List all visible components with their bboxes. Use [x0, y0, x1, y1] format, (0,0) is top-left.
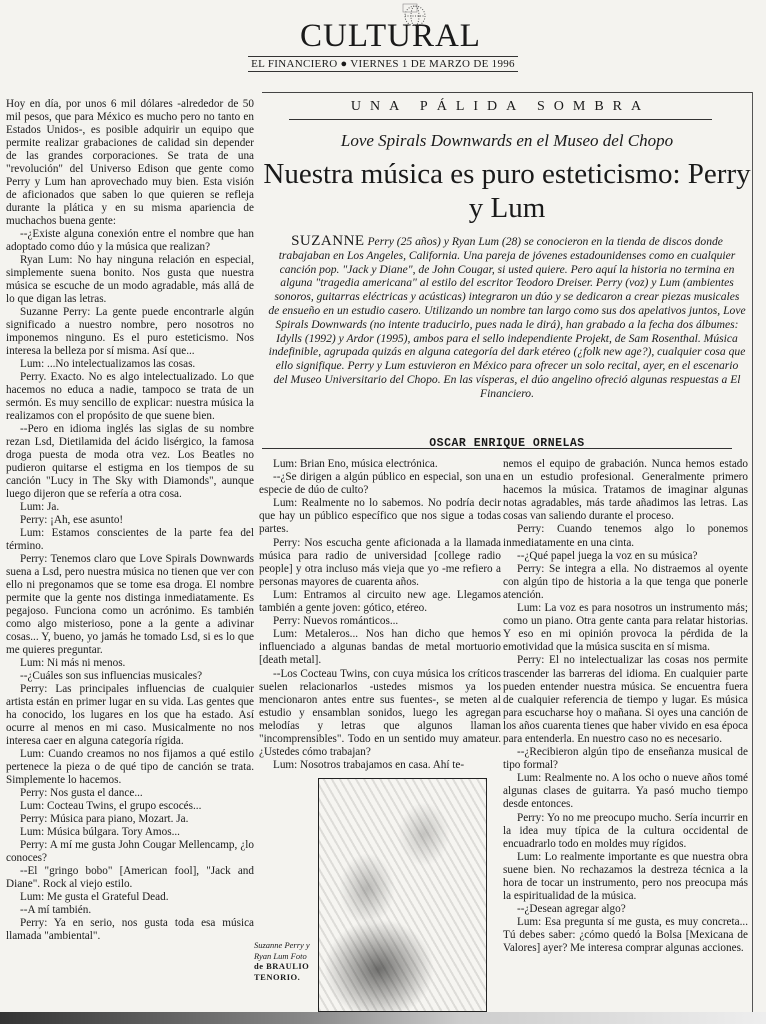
- paragraph: Lum: Cocteau Twins, el grupo escocés...: [6, 800, 254, 813]
- section-title: CULTURAL: [300, 18, 481, 55]
- paragraph: --¿Desean agregar algo?: [503, 903, 748, 916]
- caption-text: Suzanne Perry y Ryan Lum Foto: [254, 940, 310, 961]
- paragraph: Lum: Brian Eno, música electrónica.: [259, 458, 501, 471]
- dateline: EL FINANCIERO ● VIERNES 1 DE MARZO DE 19…: [248, 56, 518, 72]
- paragraph: --El "gringo bobo" [American fool], "Jac…: [6, 865, 254, 891]
- paragraph: Suzanne Perry: La gente puede encontrarl…: [6, 306, 254, 358]
- intro-paragraph: SUZANNE Perry (25 años) y Ryan Lum (28) …: [268, 235, 746, 401]
- paragraph: --¿Cuáles son sus influencias musicales?: [6, 670, 254, 683]
- paragraph: Lum: Entramos al circuito new age. Llega…: [259, 589, 501, 615]
- paragraph: Lum: Realmente no lo sabemos. No podría …: [259, 497, 501, 536]
- paragraph: Lum: Lo realmente importante es que nues…: [503, 851, 748, 903]
- paragraph: --¿Se dirigen a algún público en especia…: [259, 471, 501, 497]
- paragraph: Perry: A mí me gusta John Cougar Mellenc…: [6, 839, 254, 865]
- paragraph: Perry: ¡Ah, ese asunto!: [6, 514, 254, 527]
- paragraph: Perry: Nuevos románticos...: [259, 615, 501, 628]
- paragraph: --Los Cocteau Twins, con cuya música los…: [259, 668, 501, 760]
- paragraph: Perry: Ya en serio, nos gusta toda esa m…: [6, 917, 254, 943]
- paragraph: Perry: El no intelectualizar las cosas n…: [503, 654, 748, 746]
- paragraph: --¿Existe alguna conexión entre el nombr…: [6, 228, 254, 254]
- paragraph: Perry: Las principales influencias de cu…: [6, 683, 254, 748]
- column-right: nemos el equipo de grabación. Nunca hemo…: [503, 458, 748, 956]
- paragraph: --¿Recibieron algún tipo de enseñanza mu…: [503, 746, 748, 772]
- article-header-box: UNA PÁLIDA SOMBRA Love Spirals Downwards…: [262, 92, 753, 465]
- paragraph: Hoy en día, por unos 6 mil dólares -alre…: [6, 98, 254, 228]
- divider: [752, 92, 753, 1012]
- paragraph: Perry: Cuando tenemos algo lo ponemos in…: [503, 523, 748, 549]
- paragraph: Perry. Exacto. No es algo intelectualiza…: [6, 371, 254, 423]
- intro-text: Perry (25 años) y Ryan Lum (28) se conoc…: [268, 235, 745, 400]
- paragraph: Lum: Ja.: [6, 501, 254, 514]
- scan-edge: [0, 1012, 766, 1024]
- paragraph: Perry: Nos escucha gente aficionada a la…: [259, 537, 501, 589]
- paragraph: nemos el equipo de grabación. Nunca hemo…: [503, 458, 748, 523]
- headline: Nuestra música es puro esteticismo: Perr…: [262, 157, 752, 225]
- paragraph: Lum: Me gusta el Grateful Dead.: [6, 891, 254, 904]
- paragraph: Lum: Cuando creamos no nos fijamos a qué…: [6, 748, 254, 787]
- photo-caption: Suzanne Perry y Ryan Lum Foto de BRAULIO…: [254, 940, 314, 982]
- photo-perry-lum: [318, 778, 487, 1012]
- paragraph: Lum: Nosotros trabajamos en casa. Ahí te…: [259, 759, 501, 772]
- column-middle: Lum: Brian Eno, música electrónica. --¿S…: [259, 458, 501, 772]
- paragraph: Lum: ...No intelectualizamos las cosas.: [6, 358, 254, 371]
- paragraph: Perry: Tenemos claro que Love Spirals Do…: [6, 553, 254, 657]
- paragraph: Lum: Ni más ni menos.: [6, 657, 254, 670]
- intro-cap: SUZANNE: [291, 233, 365, 249]
- column-left: Hoy en día, por unos 6 mil dólares -alre…: [6, 98, 254, 943]
- paragraph: Perry: Se integra a ella. No distraemos …: [503, 563, 748, 602]
- paragraph: Lum: Estamos conscientes de la parte fea…: [6, 527, 254, 553]
- deck: Love Spirals Downwards en el Museo del C…: [262, 131, 752, 151]
- paragraph: --¿Qué papel juega la voz en su música?: [503, 550, 748, 563]
- paragraph: Perry: Yo no me preocupo mucho. Sería in…: [503, 812, 748, 851]
- caption-credit: de BRAULIO TENORIO.: [254, 961, 309, 982]
- paragraph: Lum: Esa pregunta sí me gusta, es muy co…: [503, 916, 748, 955]
- paragraph: Lum: Metaleros... Nos han dicho que hemo…: [259, 628, 501, 667]
- divider: [262, 448, 732, 449]
- paragraph: --Pero en idioma inglés las siglas de su…: [6, 423, 254, 501]
- paragraph: Ryan Lum: No hay ninguna relación en esp…: [6, 254, 254, 306]
- kicker: UNA PÁLIDA SOMBRA: [289, 99, 712, 120]
- paragraph: Lum: Música búlgara. Tory Amos...: [6, 826, 254, 839]
- paragraph: Lum: La voz es para nosotros un instrume…: [503, 602, 748, 654]
- paragraph: Perry: Música para piano, Mozart. Ja.: [6, 813, 254, 826]
- paragraph: Perry: Nos gusta el dance...: [6, 787, 254, 800]
- paragraph: --A mí también.: [6, 904, 254, 917]
- paragraph: Lum: Realmente no. A los ocho o nueve añ…: [503, 772, 748, 811]
